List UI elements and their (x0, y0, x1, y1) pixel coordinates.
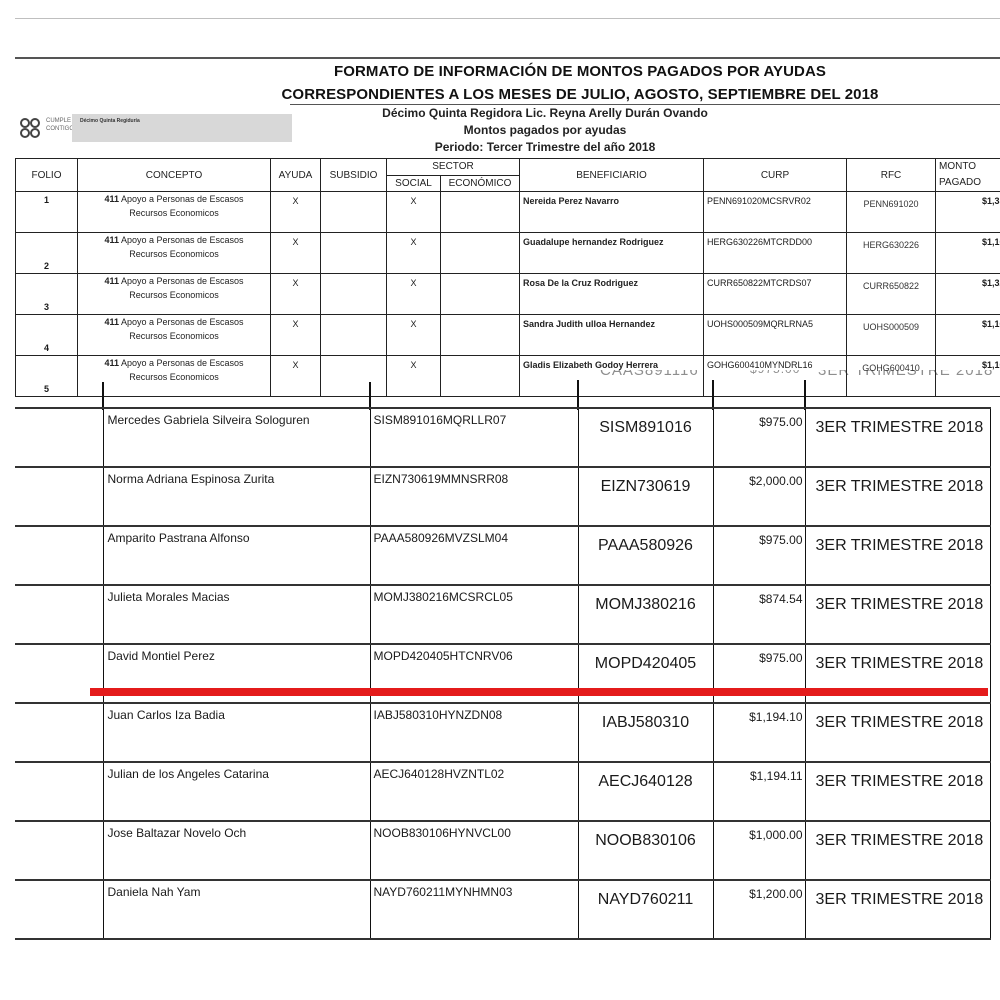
concepto-line2: Recursos Economicos (129, 331, 219, 341)
ayuda-cell: X (271, 233, 321, 274)
monto-cell: $1,194.11 (713, 762, 805, 821)
document-title-line2: CORRESPONDIENTES A LOS MESES DE JULIO, A… (280, 86, 880, 103)
ayuda-cell: X (271, 192, 321, 233)
blank-cell (15, 821, 103, 880)
concepto-line1: Apoyo a Personas de Escasos (121, 276, 244, 286)
folio-cell: 3 (16, 274, 78, 315)
social-cell: X (387, 315, 441, 356)
monto-cell: $975.00 (713, 526, 805, 585)
table-row: 1411 Apoyo a Personas de EscasosRecursos… (16, 192, 1000, 233)
beneficiario-cell: Julian de los Angeles Catarina (103, 762, 370, 821)
rfc-cell: CURR650822 (847, 274, 936, 315)
rfc-cell: PAAA580926 (578, 526, 713, 585)
periodo-cell: 3ER TRIMESTRE 2018 (805, 703, 990, 762)
document-sheet-top: FORMATO DE INFORMACIÓN DE MONTOS PAGADOS… (0, 0, 1000, 370)
monto-cell: $1,160. (936, 233, 1000, 274)
partial-monto: $975.00 (750, 370, 800, 376)
beneficiario-cell: Mercedes Gabriela Silveira Sologuren (103, 408, 370, 467)
partial-periodo: 3ER TRIMESTRE 2018 (818, 370, 993, 379)
title-underline (290, 104, 1000, 105)
col-social: SOCIAL (387, 175, 441, 192)
economico-cell (441, 233, 520, 274)
curp-cell: NAYD760211MYNHMN03 (370, 880, 578, 939)
col-monto-line1: MONTO (939, 159, 1000, 175)
curp-cell: IABJ580310HYNZDN08 (370, 703, 578, 762)
beneficiario-cell: Guadalupe hernandez Rodriguez (520, 233, 704, 274)
curp-cell: NOOB830106HYNVCL00 (370, 821, 578, 880)
sheet-top-rule (15, 57, 1000, 59)
curp-cell: CURR650822MTCRDS07 (704, 274, 847, 315)
beneficiario-cell: Sandra Judith ulloa Hernandez (520, 315, 704, 356)
beneficiario-cell: Jose Baltazar Novelo Och (103, 821, 370, 880)
curp-cell: PENN691020MCSRVR02 (704, 192, 847, 233)
periodo-cell: 3ER TRIMESTRE 2018 (805, 880, 990, 939)
beneficiario-cell: Daniela Nah Yam (103, 880, 370, 939)
table-row: Julieta Morales MaciasMOMJ380216MCSRCL05… (15, 585, 990, 644)
concepto-code: 411 (104, 235, 119, 245)
rfc-cell: EIZN730619 (578, 467, 713, 526)
curp-cell: PAAA580926MVZSLM04 (370, 526, 578, 585)
subsidio-cell (321, 233, 387, 274)
rfc-cell: UOHS000509 (847, 315, 936, 356)
monto-cell: $1,200.00 (713, 880, 805, 939)
rfc-cell: HERG630226 (847, 233, 936, 274)
logo-text-line1: CUMPLE (46, 117, 74, 125)
concepto-cell: 411 Apoyo a Personas de EscasosRecursos … (78, 233, 271, 274)
periodo-cell: 3ER TRIMESTRE 2018 (805, 762, 990, 821)
red-highlight-line (90, 688, 988, 696)
col-sector: SECTOR (387, 159, 520, 176)
document-section: Montos pagados por ayudas (330, 123, 760, 137)
periodo-cell: 3ER TRIMESTRE 2018 (805, 526, 990, 585)
table-row: Mercedes Gabriela Silveira SologurenSISM… (15, 408, 990, 467)
folio-cell: 2 (16, 233, 78, 274)
folio-cell: 1 (16, 192, 78, 233)
periodo-cell: 3ER TRIMESTRE 2018 (805, 408, 990, 467)
document-sheet-bottom: CAAS891116 $975.00 3ER TRIMESTRE 2018 Me… (0, 370, 1000, 870)
subsidio-cell (321, 192, 387, 233)
concepto-line2: Recursos Economicos (129, 290, 219, 300)
monto-cell: $2,000.00 (713, 467, 805, 526)
social-cell: X (387, 192, 441, 233)
blank-cell (15, 703, 103, 762)
subsidio-cell (321, 274, 387, 315)
economico-cell (441, 192, 520, 233)
col-economico: ECONÓMICO (441, 175, 520, 192)
concepto-code: 411 (104, 194, 119, 204)
folio-cell: 4 (16, 315, 78, 356)
ayuda-cell: X (271, 274, 321, 315)
payments-table-top: FOLIO CONCEPTO AYUDA SUBSIDIO SECTOR BEN… (15, 158, 1000, 397)
economico-cell (441, 274, 520, 315)
table-row: Norma Adriana Espinosa ZuritaEIZN730619M… (15, 467, 990, 526)
periodo-cell: 3ER TRIMESTRE 2018 (805, 821, 990, 880)
subsidio-cell (321, 315, 387, 356)
beneficiario-cell: Julieta Morales Macias (103, 585, 370, 644)
col-monto: MONTO PAGADO (936, 159, 1000, 192)
partial-rfc: CAAS891116 (600, 370, 699, 379)
blank-cell (15, 880, 103, 939)
concepto-cell: 411 Apoyo a Personas de EscasosRecursos … (78, 192, 271, 233)
monto-cell: $1,350. (936, 192, 1000, 233)
table-row: 2411 Apoyo a Personas de EscasosRecursos… (16, 233, 1000, 274)
col-ayuda: AYUDA (271, 159, 321, 192)
concepto-cell: 411 Apoyo a Personas de EscasosRecursos … (78, 274, 271, 315)
rfc-cell: PENN691020 (847, 192, 936, 233)
beneficiario-cell: Juan Carlos Iza Badia (103, 703, 370, 762)
concepto-code: 411 (104, 276, 119, 286)
beneficiario-cell: Norma Adriana Espinosa Zurita (103, 467, 370, 526)
concepto-line1: Apoyo a Personas de Escasos (121, 317, 244, 327)
blank-cell (15, 467, 103, 526)
monto-cell: $1,194.10 (713, 703, 805, 762)
periodo-cell: 3ER TRIMESTRE 2018 (805, 585, 990, 644)
table-row: 3411 Apoyo a Personas de EscasosRecursos… (16, 274, 1000, 315)
blank-cell (15, 585, 103, 644)
curp-cell: MOMJ380216MCSRCL05 (370, 585, 578, 644)
blank-cell (15, 762, 103, 821)
col-subsidio: SUBSIDIO (321, 159, 387, 192)
col-beneficiario: BENEFICIARIO (520, 159, 704, 192)
table-row: Amparito Pastrana AlfonsoPAAA580926MVZSL… (15, 526, 990, 585)
col-rfc: RFC (847, 159, 936, 192)
municipality-logo-icon (18, 116, 42, 140)
monto-cell: $1,000.00 (713, 821, 805, 880)
concepto-code: 411 (104, 317, 119, 327)
monto-cell: $874.54 (713, 585, 805, 644)
blank-cell (15, 408, 103, 467)
blank-cell (15, 526, 103, 585)
beneficiario-cell: Amparito Pastrana Alfonso (103, 526, 370, 585)
periodo-cell: 3ER TRIMESTRE 2018 (805, 467, 990, 526)
table-row: Juan Carlos Iza BadiaIABJ580310HYNZDN08I… (15, 703, 990, 762)
rfc-cell: IABJ580310 (578, 703, 713, 762)
concepto-line1: Apoyo a Personas de Escasos (121, 194, 244, 204)
payments-table-bottom: Mercedes Gabriela Silveira SologurenSISM… (15, 407, 991, 940)
beneficiario-cell: Rosa De la Cruz Rodriguez (520, 274, 704, 315)
curp-cell: HERG630226MTCRDD00 (704, 233, 847, 274)
social-cell: X (387, 233, 441, 274)
concepto-line2: Recursos Economicos (129, 249, 219, 259)
curp-cell: EIZN730619MMNSRR08 (370, 467, 578, 526)
document-period: Periodo: Tercer Trimestre del año 2018 (330, 140, 760, 154)
concepto-line1: Apoyo a Personas de Escasos (121, 358, 244, 368)
curp-cell: SISM891016MQRLLR07 (370, 408, 578, 467)
table-row: Daniela Nah YamNAYD760211MYNHMN03NAYD760… (15, 880, 990, 939)
concepto-cell: 411 Apoyo a Personas de EscasosRecursos … (78, 315, 271, 356)
col-folio: FOLIO (16, 159, 78, 192)
logo-text-line2: CONTIGO (46, 125, 74, 133)
social-cell: X (387, 274, 441, 315)
banner-text: Décimo Quinta Regiduría (80, 118, 140, 124)
economico-cell (441, 315, 520, 356)
logo-text: CUMPLE CONTIGO (46, 117, 74, 133)
col-monto-line2: PAGADO (939, 175, 1000, 191)
col-concepto: CONCEPTO (78, 159, 271, 192)
rfc-cell: NAYD760211 (578, 880, 713, 939)
concepto-line2: Recursos Economicos (129, 208, 219, 218)
ayuda-cell: X (271, 315, 321, 356)
concepto-line1: Apoyo a Personas de Escasos (121, 235, 244, 245)
table-row: Jose Baltazar Novelo OchNOOB830106HYNVCL… (15, 821, 990, 880)
rfc-cell: SISM891016 (578, 408, 713, 467)
concepto-code: 411 (104, 358, 119, 368)
curp-cell: UOHS000509MQRLRNA5 (704, 315, 847, 356)
monto-cell: $975.00 (713, 408, 805, 467)
table-row: Julian de los Angeles CatarinaAECJ640128… (15, 762, 990, 821)
monto-cell: $1,160. (936, 315, 1000, 356)
monto-cell: $1,320. (936, 274, 1000, 315)
col-curp: CURP (704, 159, 847, 192)
document-title-line1: FORMATO DE INFORMACIÓN DE MONTOS PAGADOS… (280, 63, 880, 80)
partial-cut-row: CAAS891116 $975.00 3ER TRIMESTRE 2018 (0, 370, 1000, 410)
beneficiario-cell: Nereida Perez Navarro (520, 192, 704, 233)
rfc-cell: MOMJ380216 (578, 585, 713, 644)
curp-cell: AECJ640128HVZNTL02 (370, 762, 578, 821)
header-banner: Décimo Quinta Regiduría (72, 114, 292, 142)
table-row: 4411 Apoyo a Personas de EscasosRecursos… (16, 315, 1000, 356)
rfc-cell: NOOB830106 (578, 821, 713, 880)
document-official: Décimo Quinta Regidora Lic. Reyna Arelly… (330, 106, 760, 120)
rfc-cell: AECJ640128 (578, 762, 713, 821)
